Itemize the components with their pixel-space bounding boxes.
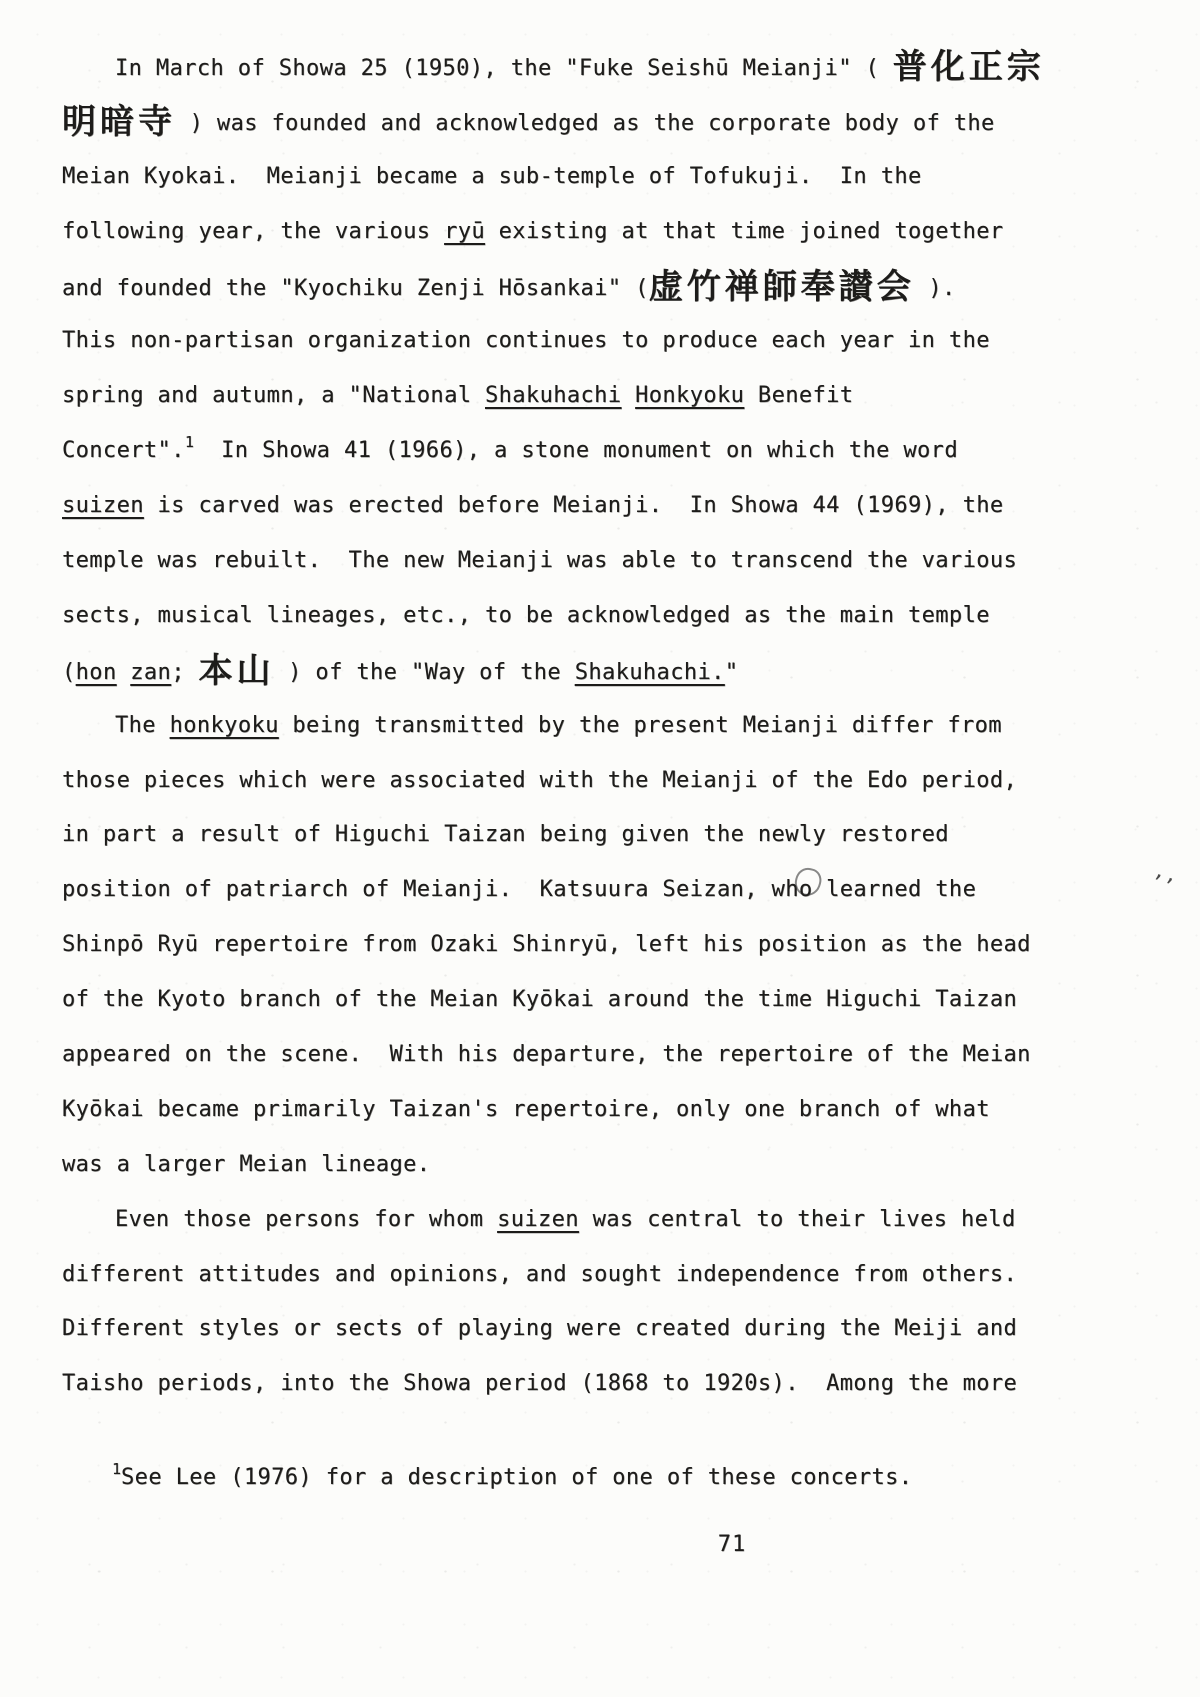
text-segment: This non-partisan organization continues… xyxy=(62,328,990,353)
underlined-term: suizen xyxy=(497,1207,579,1232)
text-line: Shinpō Ryū repertoire from Ozaki Shinryū… xyxy=(62,918,1152,973)
text-segment: ) was founded and acknowledged as the co… xyxy=(176,111,995,136)
text-segment: in part a result of Higuchi Taizan being… xyxy=(62,822,949,847)
text-segment: Meian Kyokai. Meianji became a sub-templ… xyxy=(62,164,922,189)
text-line: different attitudes and opinions, and so… xyxy=(62,1248,1152,1303)
underlined-term: zan xyxy=(130,660,171,685)
text-line: suizen is carved was erected before Meia… xyxy=(62,479,1152,534)
text-segment: Shinpō Ryū repertoire from Ozaki Shinryū… xyxy=(62,932,1031,957)
footnote-marker: 1 xyxy=(112,1460,121,1478)
text-segment: ( xyxy=(62,660,76,685)
text-line: The honkyoku being transmitted by the pr… xyxy=(62,699,1152,754)
text-segment: The xyxy=(115,713,170,738)
text-segment: and founded the "Kyochiku Zenji Hōsankai… xyxy=(62,276,649,301)
text-segment: " xyxy=(725,660,739,685)
text-segment xyxy=(621,383,635,408)
text-segment: appeared on the scene. With his departur… xyxy=(62,1042,1031,1067)
text-segment xyxy=(117,660,131,685)
kanji-text: 本山 xyxy=(198,651,274,691)
text-line: appeared on the scene. With his departur… xyxy=(62,1028,1152,1083)
text-line: sects, musical lineages, etc., to be ack… xyxy=(62,589,1152,644)
text-segment: Even those persons for whom xyxy=(115,1207,497,1232)
underlined-term: ryū xyxy=(444,219,485,244)
text-segment: Kyōkai became primarily Taizan's reperto… xyxy=(62,1097,990,1122)
text-segment: sects, musical lineages, etc., to be ack… xyxy=(62,603,990,628)
text-line: Kyōkai became primarily Taizan's reperto… xyxy=(62,1083,1152,1138)
text-line: 明暗寺 ) was founded and acknowledged as th… xyxy=(62,95,1152,150)
text-line: and founded the "Kyochiku Zenji Hōsankai… xyxy=(62,260,1152,315)
text-line: Concert".1 In Showa 41 (1966), a stone m… xyxy=(62,424,1152,479)
underlined-term: honkyoku xyxy=(170,713,279,738)
text-segment: spring and autumn, a "National xyxy=(62,383,485,408)
footnote-text: See Lee (1976) for a description of one … xyxy=(121,1465,912,1490)
kanji-text: 明暗寺 xyxy=(62,102,176,142)
text-line: Meian Kyokai. Meianji became a sub-templ… xyxy=(62,150,1152,205)
text-segment: ; xyxy=(171,660,198,685)
footnote: 1See Lee (1976) for a description of one… xyxy=(112,1464,912,1493)
text-segment: Benefit xyxy=(744,383,853,408)
text-line: This non-partisan organization continues… xyxy=(62,314,1152,369)
underlined-term: Shakuhachi xyxy=(485,383,621,408)
text-segment: temple was rebuilt. The new Meianji was … xyxy=(62,548,1017,573)
text-line: (hon zan; 本山 ) of the "Way of the Shakuh… xyxy=(62,644,1152,699)
text-segment: was a larger Meian lineage. xyxy=(62,1152,430,1177)
footnote-reference: 1 xyxy=(185,433,194,451)
text-line: Even those persons for whom suizen was c… xyxy=(62,1193,1152,1248)
scanned-document-page: In March of Showa 25 (1950), the "Fuke S… xyxy=(0,0,1200,1697)
text-line: in part a result of Higuchi Taizan being… xyxy=(62,808,1152,863)
text-segment: Taisho periods, into the Showa period (1… xyxy=(62,1371,1017,1396)
text-segment: is carved was erected before Meianji. In… xyxy=(144,493,1004,518)
text-segment: In Showa 41 (1966), a stone monument on … xyxy=(194,438,958,463)
text-segment: Different styles or sects of playing wer… xyxy=(62,1316,1017,1341)
text-segment: following year, the various xyxy=(62,219,444,244)
text-line: of the Kyoto branch of the Meian Kyōkai … xyxy=(62,973,1152,1028)
text-segment: ) of the "Way of the xyxy=(274,660,574,685)
text-line: was a larger Meian lineage. xyxy=(62,1138,1152,1193)
text-segment: Concert". xyxy=(62,438,185,463)
text-line: In March of Showa 25 (1950), the "Fuke S… xyxy=(62,40,1152,95)
page-number: 71 xyxy=(692,1532,772,1557)
kanji-text: 虚竹禅師奉讃会 xyxy=(649,267,915,307)
kanji-text: 普化正宗 xyxy=(893,47,1045,87)
text-segment: different attitudes and opinions, and so… xyxy=(62,1262,1017,1287)
underlined-term: hon xyxy=(76,660,117,685)
text-segment: being transmitted by the present Meianji… xyxy=(279,713,1002,738)
text-line: temple was rebuilt. The new Meianji was … xyxy=(62,534,1152,589)
text-line: position of patriarch of Meianji. Katsuu… xyxy=(62,863,1152,918)
underlined-term: Honkyoku xyxy=(635,383,744,408)
text-segment: was central to their lives held xyxy=(579,1207,1016,1232)
text-segment: existing at that time joined together xyxy=(485,219,1004,244)
text-segment: ). xyxy=(915,276,956,301)
text-line: spring and autumn, a "National Shakuhach… xyxy=(62,369,1152,424)
text-segment: those pieces which were associated with … xyxy=(62,768,1017,793)
text-line: following year, the various ryū existing… xyxy=(62,205,1152,260)
underlined-term: Shakuhachi. xyxy=(575,660,725,685)
text-line: Taisho periods, into the Showa period (1… xyxy=(62,1357,1152,1412)
text-segment: of the Kyoto branch of the Meian Kyōkai … xyxy=(62,987,1017,1012)
underlined-term: suizen xyxy=(62,493,144,518)
text-segment: position of patriarch of Meianji. Katsuu… xyxy=(62,877,976,902)
text-line: Different styles or sects of playing wer… xyxy=(62,1302,1152,1357)
document-body: In March of Showa 25 (1950), the "Fuke S… xyxy=(62,40,1152,1412)
text-segment: In March of Showa 25 (1950), the "Fuke S… xyxy=(115,56,893,81)
text-line: those pieces which were associated with … xyxy=(62,754,1152,809)
